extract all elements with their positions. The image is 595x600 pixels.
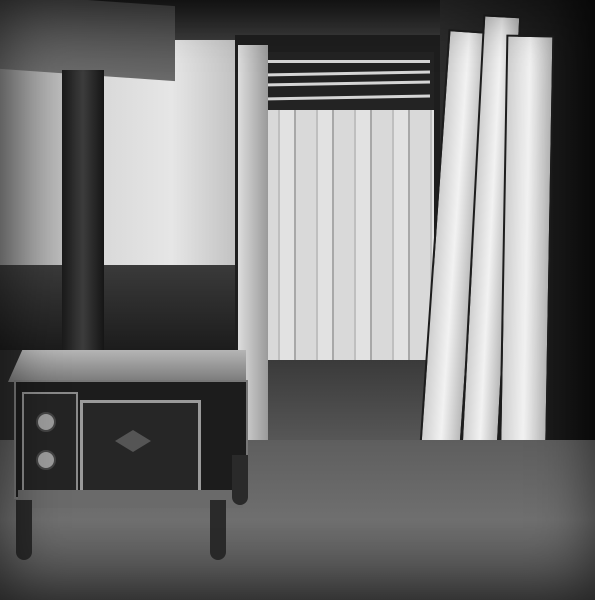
ceiling-beam: [0, 0, 175, 81]
stove-leg: [210, 500, 226, 560]
firebox-door: [22, 392, 78, 492]
stove-leg: [232, 455, 248, 505]
stovepipe: [62, 70, 104, 350]
shelf-board: [262, 60, 430, 63]
inner-floor: [268, 360, 433, 450]
plank-wall: [258, 110, 434, 360]
stove-leg: [16, 500, 32, 560]
stove-cooktop: [8, 350, 246, 382]
photograph: Black-and-white photograph of an abandon…: [0, 0, 595, 600]
damper-knob: [36, 412, 56, 432]
damper-knob: [36, 450, 56, 470]
dark-wall-base: [0, 265, 245, 350]
